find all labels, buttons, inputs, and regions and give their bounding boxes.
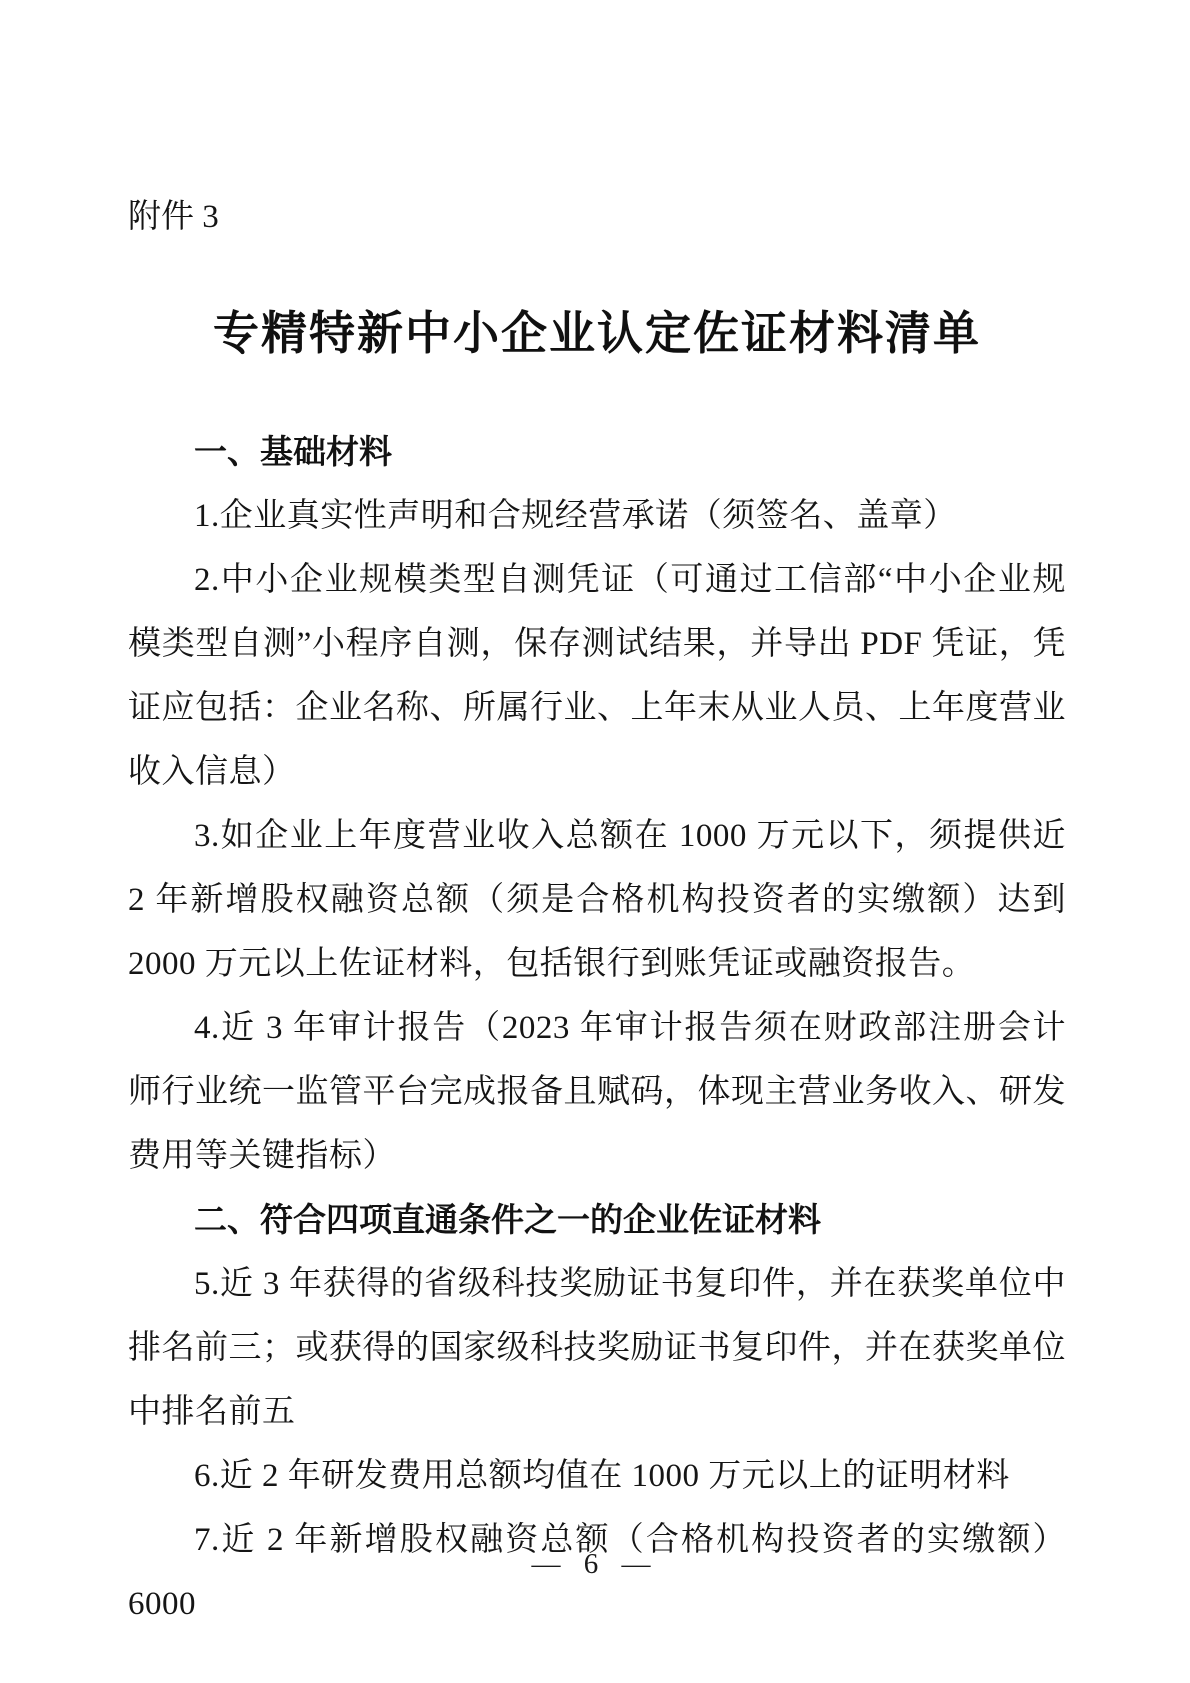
section-1-heading: 一、基础材料 bbox=[128, 420, 1066, 484]
document-page: 附件 3 专精特新中小企业认定佐证材料清单 一、基础材料 1.企业真实性声明和合… bbox=[0, 0, 1190, 1683]
section-1-item-3: 3.如企业上年度营业收入总额在 1000 万元以下，须提供近 2 年新增股权融资… bbox=[128, 804, 1066, 996]
section-1-item-1: 1.企业真实性声明和合规经营承诺（须签名、盖章） bbox=[128, 484, 1066, 548]
page-number: — 6 — bbox=[0, 1548, 1190, 1581]
section-1-item-4: 4.近 3 年审计报告（2023 年审计报告须在财政部注册会计师行业统一监管平台… bbox=[128, 996, 1066, 1188]
section-2-item-5: 5.近 3 年获得的省级科技奖励证书复印件，并在获奖单位中排名前三；或获得的国家… bbox=[128, 1252, 1066, 1444]
document-title: 专精特新中小企业认定佐证材料清单 bbox=[128, 304, 1066, 364]
section-2-item-6: 6.近 2 年研发费用总额均值在 1000 万元以上的证明材料 bbox=[128, 1444, 1066, 1508]
section-1-item-2: 2.中小企业规模类型自测凭证（可通过工信部“中小企业规模类型自测”小程序自测，保… bbox=[128, 548, 1066, 804]
section-2-heading: 二、符合四项直通条件之一的企业佐证材料 bbox=[128, 1188, 1066, 1252]
attachment-label: 附件 3 bbox=[128, 196, 1066, 238]
